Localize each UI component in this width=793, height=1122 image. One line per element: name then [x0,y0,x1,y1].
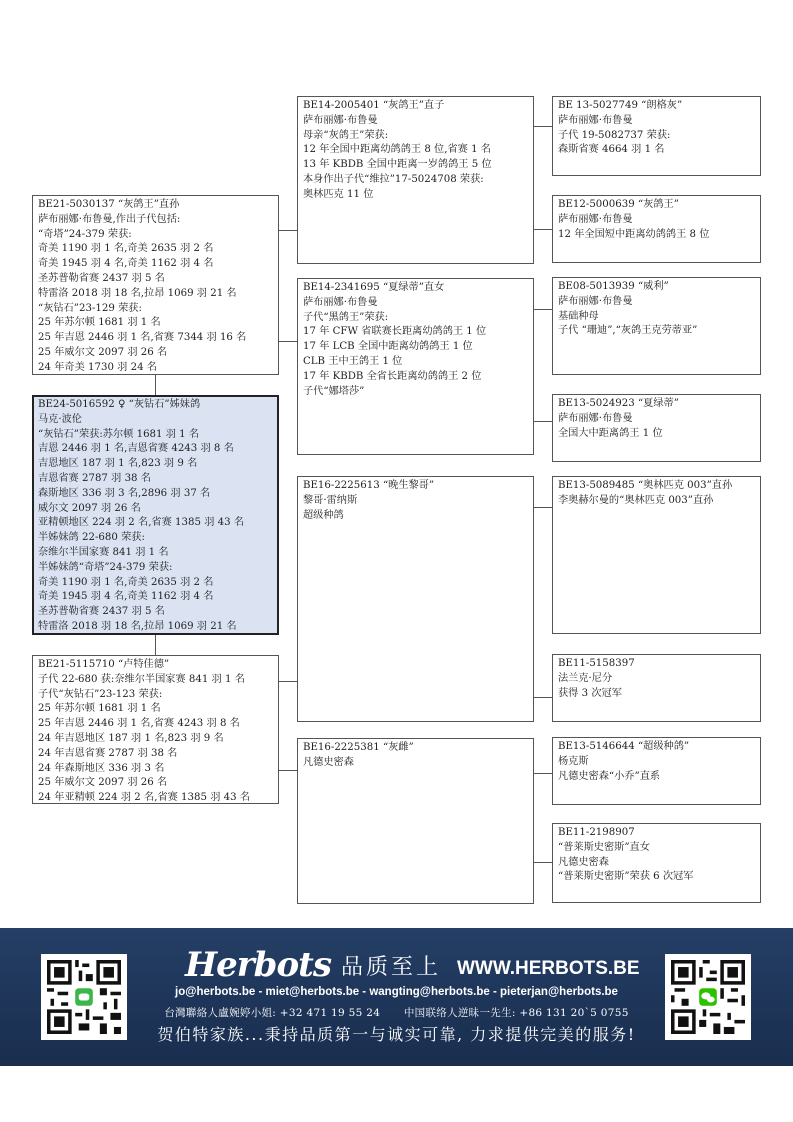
pedigree-text-line: 获得 3 次冠军 [558,687,755,702]
ring-number-line: BE13-5024923 “夏绿蒂” [558,397,755,412]
connector-line [534,309,552,310]
pedigree-text-line: 25 年威尔文 2097 羽 26 名 [38,776,273,791]
pedigree-text-line: 24 年吉恩省赛 2787 羽 38 名 [38,747,273,762]
brand-slogan: 品质至上 [341,954,441,982]
connector-line [534,507,552,508]
pedigree-text-line: “普莱斯史密斯”荣获 6 次冠军 [558,870,755,885]
pedigree-text-line: 马克·波伦 [38,413,273,428]
connector-line [534,126,552,127]
pedigree-text-line: 本身作出子代“维拉”17-5024708 荣获: [303,173,528,188]
pedigree-text-line: 基础种母 [558,310,755,325]
pedigree-text-line: “灰钻石”荣获:苏尔顿 1681 羽 1 名 [38,428,273,443]
pedigree-text-line: 吉恩 2446 羽 1 名,吉恩省赛 4243 羽 8 名 [38,442,273,457]
ring-number-line: BE11-2198907 [558,826,755,841]
pedigree-text-line: 奈维尔半国家赛 841 羽 1 名 [38,546,273,561]
pedigree-text-line: 子代“黑鸽王”荣获: [303,311,528,326]
pedigree-text-line: 超级种鸽 [303,509,528,524]
pedigree-text-line: 奇美 1945 羽 4 名,奇美 1162 羽 4 名 [38,257,273,272]
pedigree-text-line: 12 年全国中距离幼鸽鸽王 8 位,省赛 1 名 [303,143,528,158]
connector-line [534,773,552,774]
ring-number-line: BE14-2005401 “灰鸽王”直子 [303,99,528,114]
ring-number-line: BE13-5089485 “奥林匹克 003”直孙 [558,479,755,494]
pedigree-text-line: 萨布丽娜·布鲁曼,作出子代包括: [38,213,273,228]
pedigree-text-line: 萨布丽娜·布鲁曼 [303,296,528,311]
ring-number-line: BE08-5013939 “威利” [558,280,755,295]
wechat-qr-code[interactable] [665,954,751,1040]
pedigree-text-line: 圣苏普勒省赛 2437 羽 5 名 [38,605,273,620]
pedigree-text-line: 25 年苏尔顿 1681 羽 1 名 [38,702,273,717]
pedigree-text-line: 母亲“灰鸽王”荣获: [303,129,528,144]
ring-number-line: BE16-2225381 “灰雌” [303,741,528,756]
pedigree-text-line: 森斯地区 336 羽 3 名,2896 羽 37 名 [38,487,273,502]
pedigree-text-line: 24 年吉恩地区 187 羽 1 名,823 羽 9 名 [38,732,273,747]
pedigree-text-line: 半姊妹鸽“奇塔”24-379 荣获: [38,561,273,576]
ring-number-line: BE24-5016592 ♀ “灰钻石”姊妹鸽 [38,398,273,413]
ring-number-line: BE14-2341695 “夏绿蒂”直女 [303,281,528,296]
connector-line [155,375,156,395]
qr-code-icon [671,960,745,1034]
sire-sire-card: BE14-2005401 “灰鸽王”直子萨布丽娜·布鲁曼母亲“灰鸽王”荣获:12… [297,96,534,264]
ss-dam-card: BE12-5000639 “灰鸽王”萨布丽娜·布鲁曼12 年全国短中距离幼鸽鸽王… [552,195,761,263]
ring-number-line: BE13-5146644 “超级种鸽” [558,740,755,755]
pedigree-text-line: “奇塔”24-379 荣获: [38,228,273,243]
ring-number-line: BE 13-5027749 “朗格灰” [558,99,755,114]
connector-line [279,770,297,771]
sd-sire-card: BE08-5013939 “威利”萨布丽娜·布鲁曼基础种母子代 “珊迪”,“灰鸽… [552,277,761,375]
connector-line [534,697,552,698]
pedigree-text-line: 子代“灰钻石”23-123 荣获: [38,688,273,703]
pedigree-text-line: 特雷洛 2018 羽 18 名,拉昂 1069 羽 21 名 [38,287,273,302]
contact-banner: Herbots 品质至上 WWW.HERBOTS.BE jo@herbots.b… [0,928,793,1066]
pedigree-text-line: 25 年吉恩 2446 羽 1 名,省赛 4243 羽 8 名 [38,717,273,732]
pedigree-text-line: 萨布丽娜·布鲁曼 [558,412,755,427]
pedigree-text-line: 子代 19-5082737 荣获: [558,129,755,144]
phone-taiwan: 台灣聯絡人盧婉婷小姐: +32 471 19 55 24 [164,1007,380,1019]
pedigree-text-line: 威尔文 2097 羽 26 名 [38,502,273,517]
herbots-logo: Herbots [185,948,331,982]
pedigree-text-line: 奇美 1190 羽 1 名,奇美 2635 羽 2 名 [38,242,273,257]
dd-dam-card: BE11-2198907“普莱斯史密斯”直女凡德史密森“普莱斯史密斯”荣获 6 … [552,823,761,903]
connector-line [279,230,297,231]
pedigree-text-line: 25 年苏尔顿 1681 羽 1 名 [38,316,273,331]
pedigree-text-line: 17 年 KBDB 全省长距离幼鸽鸽王 2 位 [303,370,528,385]
connector-line [534,862,552,863]
pedigree-text-line: 亚精顿地区 224 羽 2 名,省赛 1385 羽 43 名 [38,516,273,531]
pedigree-text-line: 萨布丽娜·布鲁曼 [558,114,755,129]
connector-line [155,635,156,655]
connector-line [279,681,297,682]
pedigree-text-line: 凡德史密森 [558,856,755,871]
pedigree-text-line: 25 年威尔文 2097 羽 26 名 [38,346,273,361]
connector-line [534,229,552,230]
pedigree-text-line: 子代“娜塔莎” [303,385,528,400]
ring-number-line: BE16-2225613 “晚生黎哥” [303,479,528,494]
pedigree-text-line: 凡德史密森“小乔”直系 [558,770,755,785]
pedigree-text-line: 奥林匹克 11 位 [303,188,528,203]
brand-header: Herbots 品质至上 WWW.HERBOTS.BE [185,946,640,982]
ring-number-line: BE12-5000639 “灰鸽王” [558,198,755,213]
pedigree-text-line: 黎哥·雷纳斯 [303,494,528,509]
phone-china: 中国联络人逆昧一先生: +86 131 20`5 0755 [404,1007,629,1019]
pedigree-text-line: 24 年森斯地区 336 羽 3 名 [38,762,273,777]
ring-number-line: BE21-5115710 “卢特佳德” [38,658,273,673]
pedigree-text-line: 杨克斯 [558,755,755,770]
pedigree-text-line: 12 年全国短中距离幼鸽鸽王 8 位 [558,228,755,243]
pedigree-text-line: CLB 王中王鸽王 1 位 [303,355,528,370]
ring-number-line: BE21-5030137 “灰鸽王”直孙 [38,198,273,213]
pedigree-text-line: 圣苏普勒省赛 2437 羽 5 名 [38,272,273,287]
pedigree-text-line: 17 年 CFW 省联赛长距离幼鸽鸽王 1 位 [303,325,528,340]
pedigree-text-line: 吉恩省赛 2787 羽 38 名 [38,472,273,487]
dam-dam-card: BE16-2225381 “灰雌”凡德史密森 [297,738,534,904]
pedigree-text-line: 13 年 KBDB 全国中距离一岁鸽鸽王 5 位 [303,158,528,173]
sire-dam-card: BE14-2341695 “夏绿蒂”直女萨布丽娜·布鲁曼子代“黑鸽王”荣获:17… [297,278,534,455]
pedigree-text-line: 全国大中距离鸽王 1 位 [558,427,755,442]
pedigree-text-line: 萨布丽娜·布鲁曼 [558,295,755,310]
connector-line [534,421,552,422]
pedigree-text-line: 24 年奇美 1730 羽 24 名 [38,361,273,375]
website-link[interactable]: WWW.HERBOTS.BE [457,956,640,982]
pedigree-text-line: 李奥赫尔曼的“奥林匹克 003”直孙 [558,494,755,509]
ss-sire-card: BE 13-5027749 “朗格灰”萨布丽娜·布鲁曼子代 19-5082737… [552,96,761,176]
pedigree-text-line: 半姊妹鸽 22-680 荣获: [38,531,273,546]
pedigree-text-line: 25 年吉恩 2446 羽 1 名,省赛 7344 羽 16 名 [38,331,273,346]
pedigree-text-line: 子代 “珊迪”,“灰鸽王克劳蒂亚” [558,324,755,339]
pedigree-text-line: 24 年亚精顿 224 羽 2 名,省赛 1385 羽 43 名 [38,791,273,804]
dd-sire-card: BE13-5146644 “超级种鸽”杨克斯凡德史密森“小乔”直系 [552,737,761,805]
pedigree-text-line: 特雷洛 2018 羽 18 名,拉昂 1069 羽 21 名 [38,620,273,635]
pedigree-text-line: “灰钻石”23-129 荣获: [38,302,273,317]
pedigree-text-line: 萨布丽娜·布鲁曼 [558,213,755,228]
pedigree-text-line: 凡德史密森 [303,756,528,771]
pedigree-text-line: 子代 22-680 获:奈维尔半国家赛 841 羽 1 名 [38,673,273,688]
pedigree-text-line: 森斯省赛 4664 羽 1 名 [558,143,755,158]
sire-card: BE21-5030137 “灰鸽王”直孙萨布丽娜·布鲁曼,作出子代包括:“奇塔”… [32,195,279,375]
dam-card: BE21-5115710 “卢特佳德”子代 22-680 获:奈维尔半国家赛 8… [32,655,279,804]
ring-number-line: BE11-5158397 [558,657,755,672]
pedigree-text-line: 奇美 1190 羽 1 名,奇美 2635 羽 2 名 [38,576,273,591]
pedigree-text-line: “普莱斯史密斯”直女 [558,841,755,856]
subject-pigeon-card: BE24-5016592 ♀ “灰钻石”姊妹鸽马克·波伦“灰钻石”荣获:苏尔顿 … [32,395,279,635]
pedigree-text-line: 17 年 LCB 全国中距离幼鸽鸽王 1 位 [303,340,528,355]
pedigree-text-line: 法兰克·尼分 [558,672,755,687]
connector-line [279,341,297,342]
ds-dam-card: BE11-5158397法兰克·尼分获得 3 次冠军 [552,654,761,722]
sd-dam-card: BE13-5024923 “夏绿蒂”萨布丽娜·布鲁曼全国大中距离鸽王 1 位 [552,394,761,462]
pedigree-text-line: 萨布丽娜·布鲁曼 [303,114,528,129]
ds-sire-card: BE13-5089485 “奥林匹克 003”直孙李奥赫尔曼的“奥林匹克 003… [552,476,761,634]
pedigree-text-line: 吉恩地区 187 羽 1 名,823 羽 9 名 [38,457,273,472]
pedigree-text-line: 奇美 1945 羽 4 名,奇美 1162 羽 4 名 [38,590,273,605]
dam-sire-card: BE16-2225613 “晚生黎哥”黎哥·雷纳斯超级种鸽 [297,476,534,722]
